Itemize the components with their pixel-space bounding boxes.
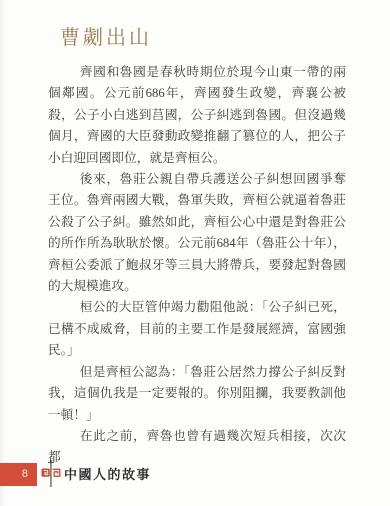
- series-title: 中國人的故事: [64, 463, 151, 486]
- page-footer: 8 中國人的故事: [0, 462, 390, 492]
- paragraph-3: 桓公的大臣管仲竭力勸阻他説：「公子糾已死，已構不成威脅，目前的主要工作是發展經濟…: [48, 297, 346, 361]
- publisher-logo-icon: [41, 459, 61, 489]
- chapter-title: 曹劌出山: [0, 0, 390, 50]
- paragraph-2: 後來，魯莊公親自帶兵護送公子糾想回國爭奪王位。魯齊兩國大戰，魯軍失敗，齊桓公就逼…: [48, 169, 346, 297]
- paragraph-4: 但是齊桓公認為：「魯莊公居然力撐公子糾反對我，這個仇我是一定要報的。你別阻攔，我…: [48, 362, 346, 426]
- page-number-badge: 8: [0, 463, 37, 486]
- paragraph-1: 齊國和魯國是春秋時期位於現今山東一帶的兩個鄰國。公元前686年，齊國發生政變，齊…: [48, 62, 346, 169]
- page-number: 8: [0, 463, 37, 486]
- article-body: 齊國和魯國是春秋時期位於現今山東一帶的兩個鄰國。公元前686年，齊國發生政變，齊…: [48, 62, 346, 469]
- book-page: 曹劌出山 齊國和魯國是春秋時期位於現今山東一帶的兩個鄰國。公元前686年，齊國發…: [0, 0, 390, 506]
